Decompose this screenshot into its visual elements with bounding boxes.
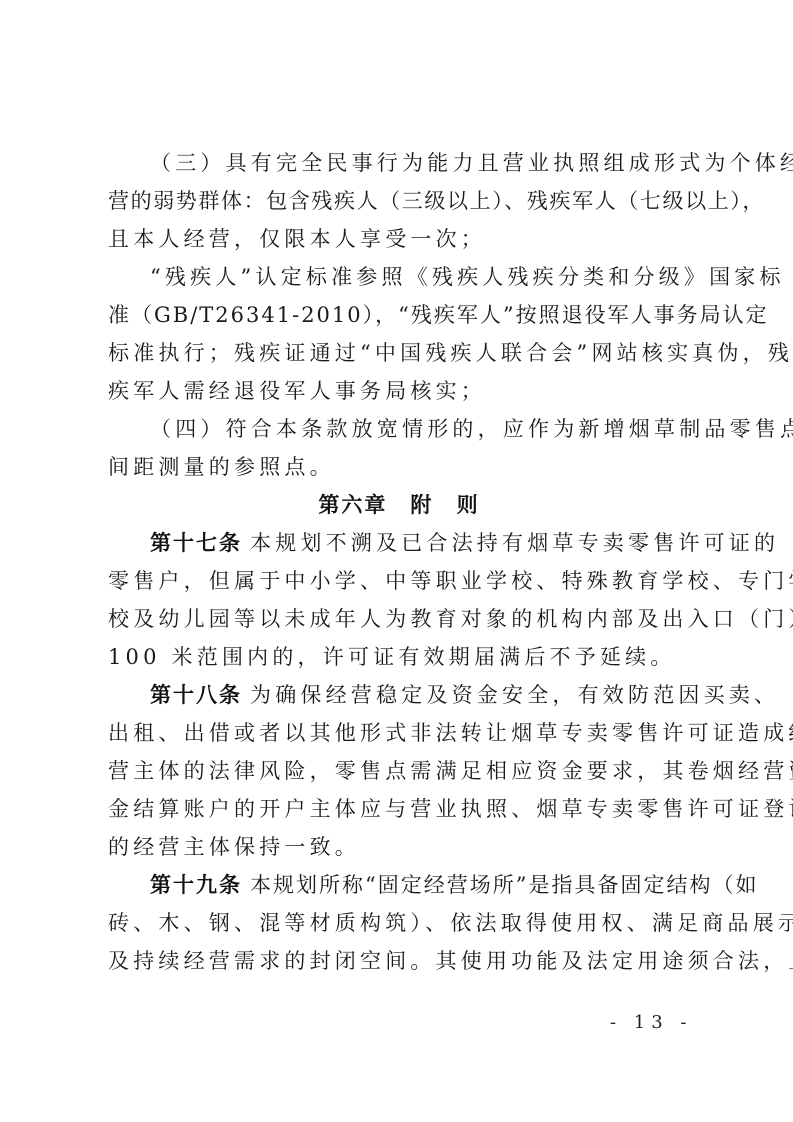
article-number: 第十七条 bbox=[150, 531, 242, 555]
text-line: 出租、出借或者以其他形式非法转让烟草专卖零售许可证造成经 bbox=[108, 714, 690, 752]
text-line: 且本人经营，仅限本人享受一次； bbox=[108, 220, 690, 258]
text-line: 校及幼儿园等以未成年人为教育对象的机构内部及出入口（门） bbox=[108, 600, 690, 638]
text-line: 的经营主体保持一致。 bbox=[108, 828, 690, 866]
text-line: 及持续经营需求的封闭空间。其使用功能及法定用途须合法，且 bbox=[108, 942, 690, 980]
text-line: 疾军人需经退役军人事务局核实； bbox=[108, 372, 690, 410]
text-line: 金结算账户的开户主体应与营业执照、烟草专卖零售许可证登记 bbox=[108, 790, 690, 828]
text-line: 间距测量的参照点。 bbox=[108, 448, 690, 486]
article-18: 第十八条为确保经营稳定及资金安全，有效防范因买卖、 出租、出借或者以其他形式非法… bbox=[108, 676, 690, 866]
text-line: 零售户，但属于中小学、中等职业学校、特殊教育学校、专门学 bbox=[108, 562, 690, 600]
text-line: 砖、木、钢、混等材质构筑）、依法取得使用权、满足商品展示 bbox=[108, 904, 690, 942]
text-line: （四）符合本条款放宽情形的，应作为新增烟草制品零售点 bbox=[108, 410, 690, 448]
text-line: 营主体的法律风险，零售点需满足相应资金要求，其卷烟经营资 bbox=[108, 752, 690, 790]
text-line: 标准执行；残疾证通过“中国残疾人联合会”网站核实真伪，残 bbox=[108, 334, 690, 372]
article-text: 本规划所称“固定经营场所”是指具备固定结构（如 bbox=[250, 873, 758, 897]
document-page: （三）具有完全民事行为能力且营业执照组成形式为个体经 营的弱势群体：包含残疾人（… bbox=[0, 0, 793, 1122]
page-number: - 13 - bbox=[610, 1012, 693, 1033]
paragraph-item-3: （三）具有完全民事行为能力且营业执照组成形式为个体经 营的弱势群体：包含残疾人（… bbox=[108, 144, 690, 258]
article-text: 为确保经营稳定及资金安全，有效防范因买卖、 bbox=[250, 683, 779, 707]
text-line: 第十九条本规划所称“固定经营场所”是指具备固定结构（如 bbox=[108, 866, 690, 904]
text-line: （三）具有完全民事行为能力且营业执照组成形式为个体经 bbox=[108, 144, 690, 182]
text-line: 准（GB/T26341-2010），“残疾军人”按照退役军人事务局认定 bbox=[108, 296, 690, 334]
article-number: 第十九条 bbox=[150, 873, 242, 897]
article-text: 本规划不溯及已合法持有烟草专卖零售许可证的 bbox=[250, 531, 779, 555]
text-line: 第十八条为确保经营稳定及资金安全，有效防范因买卖、 bbox=[108, 676, 690, 714]
text-line: 第十七条本规划不溯及已合法持有烟草专卖零售许可证的 bbox=[108, 524, 690, 562]
text-line: 营的弱势群体：包含残疾人（三级以上）、残疾军人（七级以上）， bbox=[108, 182, 690, 220]
article-19: 第十九条本规划所称“固定经营场所”是指具备固定结构（如 砖、木、钢、混等材质构筑… bbox=[108, 866, 690, 980]
chapter-title: 第六章 附 则 bbox=[108, 486, 690, 524]
paragraph-item-4: （四）符合本条款放宽情形的，应作为新增烟草制品零售点 间距测量的参照点。 bbox=[108, 410, 690, 486]
body-text: （三）具有完全民事行为能力且营业执照组成形式为个体经 营的弱势群体：包含残疾人（… bbox=[108, 144, 690, 980]
paragraph-disability-standard: “残疾人”认定标准参照《残疾人残疾分类和分级》国家标 准（GB/T26341-2… bbox=[108, 258, 690, 410]
text-line: 100 米范围内的，许可证有效期届满后不予延续。 bbox=[108, 638, 690, 676]
text-line: “残疾人”认定标准参照《残疾人残疾分类和分级》国家标 bbox=[108, 258, 690, 296]
article-17: 第十七条本规划不溯及已合法持有烟草专卖零售许可证的 零售户，但属于中小学、中等职… bbox=[108, 524, 690, 676]
article-number: 第十八条 bbox=[150, 683, 242, 707]
